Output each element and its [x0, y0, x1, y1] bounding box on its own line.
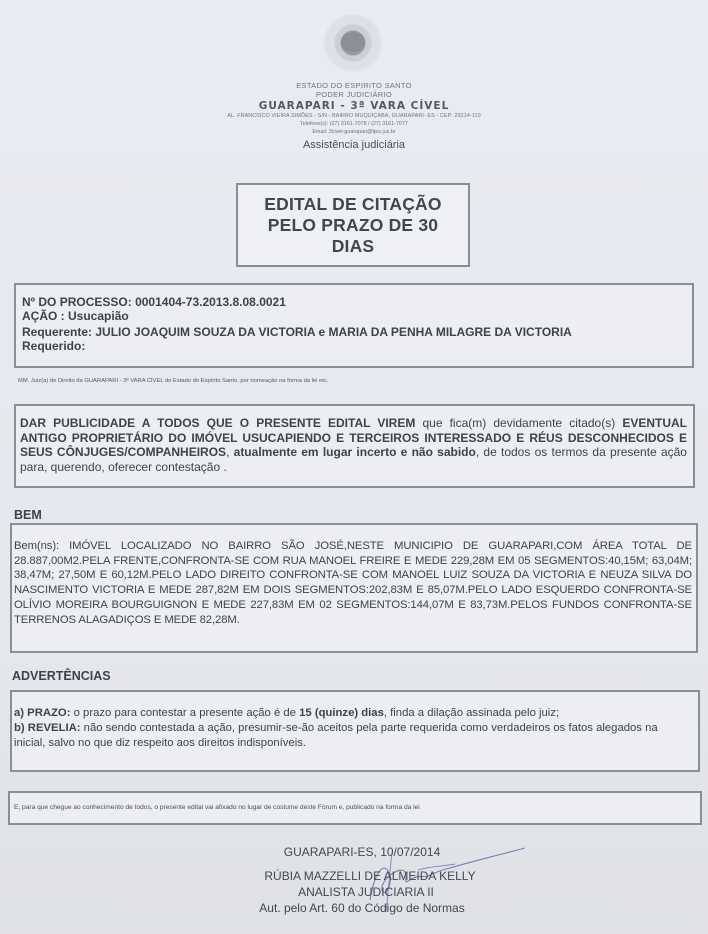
coat-of-arms-icon: [322, 14, 384, 72]
warnings-box: a) PRAZO: o prazo para contestar a prese…: [10, 690, 700, 772]
bem-section-title: BEM: [14, 508, 42, 522]
warning-default-label: b) REVELIA:: [14, 722, 81, 734]
warnings-section-title: ADVERTÊNCIAS: [12, 669, 111, 683]
warning-text: não sendo contestada a ação, presumir-se…: [14, 722, 658, 749]
citation-plain: que fica(m) devidamente citado(s): [415, 416, 622, 430]
process-info-box: Nº DO PROCESSO: 0001404-73.2013.8.08.002…: [14, 283, 694, 368]
bem-box: Bem(ns): IMÓVEL LOCALIZADO NO BAIRRO SÃO…: [10, 523, 698, 653]
title-line: DIAS: [332, 236, 375, 257]
citation-bold: atualmente em lugar incerto e não sabido: [234, 445, 476, 459]
warning-text: o prazo para contestar a presente ação é…: [71, 707, 300, 719]
signer-name: RÚBIA MAZZELLI DE ALMEIDA KELLY: [16, 869, 708, 883]
warning-default: b) REVELIA: não sendo contestada a ação,…: [14, 721, 692, 751]
plaintiff-line: Requerente: JULIO JOAQUIM SOUZA DA VICTO…: [22, 325, 572, 339]
citation-box: DAR PUBLICIDADE A TODOS QUE O PRESENTE E…: [14, 404, 695, 488]
process-number: 0001404-73.2013.8.08.0021: [135, 295, 286, 309]
warnings-text: a) PRAZO: o prazo para contestar a prese…: [14, 706, 692, 750]
state-name: ESTADO DO ESPIRITO SANTO: [0, 81, 708, 90]
judge-note: MM. Juiz(a) de Direito da GUARAPARI - 3ª…: [18, 378, 328, 384]
process-number-label: Nº DO PROCESSO:: [22, 295, 132, 309]
process-number-line: Nº DO PROCESSO: 0001404-73.2013.8.08.002…: [22, 295, 286, 309]
judicial-power: PODER JUDICIÁRIO: [0, 90, 708, 99]
court-email: Email: 3civel-guarapari@tjes.jus.br: [0, 129, 708, 135]
warning-deadline-days: 15 (quinze) dias: [299, 707, 384, 719]
defendant-label: Requerido:: [22, 339, 85, 353]
warning-deadline-label: a) PRAZO:: [14, 707, 71, 719]
final-note-box: E, para que chegue ao conhecimento de to…: [8, 791, 702, 825]
signer-authority: Aut. pelo Art. 60 do Código de Normas: [8, 901, 708, 915]
warning-deadline: a) PRAZO: o prazo para contestar a prese…: [14, 706, 692, 721]
legal-assistance-label: Assistência judiciária: [0, 139, 708, 151]
bem-description: Bem(ns): IMÓVEL LOCALIZADO NO BAIRRO SÃO…: [14, 539, 692, 627]
final-note: E, para que chegue ao conhecimento de to…: [14, 804, 420, 811]
warning-text: , finda a dilação assinada pelo juiz;: [384, 707, 559, 719]
plaintiff-value: JULIO JOAQUIM SOUZA DA VICTORIA e MARIA …: [95, 325, 571, 339]
document-title-box: EDITAL DE CITAÇÃO PELO PRAZO DE 30 DIAS: [236, 183, 470, 267]
defendant-line: Requerido:: [22, 339, 85, 353]
signer-role: ANALISTA JUDICIARIA II: [12, 885, 708, 899]
plaintiff-label: Requerente:: [22, 325, 92, 339]
citation-plain: ,: [226, 445, 234, 459]
citation-bold: DAR PUBLICIDADE A TODOS QUE O PRESENTE E…: [20, 416, 415, 430]
action-line: AÇÃO : Usucapião: [22, 309, 129, 323]
title-line: EDITAL DE CITAÇÃO: [264, 194, 441, 215]
court-phones: Telefone(s): (27) 3161-7078 / (27) 3161-…: [0, 121, 708, 127]
court-address: AL. FRANCISCO VIEIRA SIMÕES - S/N - BAIR…: [0, 113, 708, 119]
court-name: GUARAPARI - 3ª VARA CÍVEL: [0, 100, 708, 112]
citation-text: DAR PUBLICIDADE A TODOS QUE O PRESENTE E…: [20, 416, 687, 474]
action-value: Usucapião: [68, 309, 129, 323]
action-label: AÇÃO :: [22, 309, 65, 323]
title-line: PELO PRAZO DE 30: [268, 215, 438, 236]
